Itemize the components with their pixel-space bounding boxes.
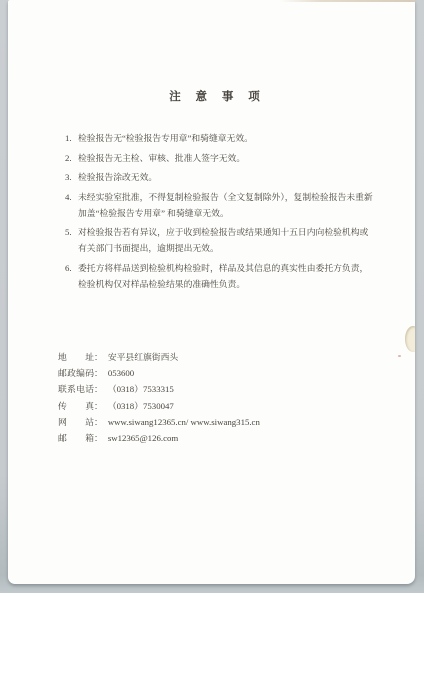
note-line: 对检验报告若有异议，应于收到检验报告或结果通知十五日内向检验机构或 <box>78 224 368 240</box>
contact-row-email: 邮箱：sw12365@126.com <box>58 430 260 446</box>
note-number: 5. <box>65 224 78 256</box>
note-number: 1. <box>65 130 78 146</box>
contact-value: （0318）7530047 <box>108 401 174 411</box>
contact-block: 地址：安平县红旗街西头 邮政编码：053600 联系电话：（0318）75333… <box>58 349 260 446</box>
note-text: 检验报告无“检验报告专用章”和骑缝章无效。 <box>78 130 253 146</box>
note-text: 对检验报告若有异议，应于收到检验报告或结果通知十五日内向检验机构或 有关部门书面… <box>78 224 368 256</box>
note-number: 4. <box>65 189 78 221</box>
contact-label: 地址 <box>58 349 94 365</box>
note-item-4: 4. 未经实验室批准，不得复制检验报告（全文复制除外），复制检验报告未重新 加盖… <box>65 189 387 221</box>
notes-list: 1. 检验报告无“检验报告专用章”和骑缝章无效。 2. 检验报告无主检、审核、批… <box>8 130 415 292</box>
note-line: 检验报告涂改无效。 <box>78 169 157 185</box>
scan-top-edge-artifact <box>280 0 415 2</box>
note-text: 检验报告无主检、审核、批准人签字无效。 <box>78 150 245 166</box>
contact-row-postcode: 邮政编码：053600 <box>58 365 260 381</box>
note-number: 6. <box>65 260 78 292</box>
contact-row-website: 网站：www.siwang12365.cn/ www.siwang315.cn <box>58 414 260 430</box>
note-line: 委托方将样品送到检验机构检验时，样品及其信息的真实性由委托方负责， <box>78 260 368 276</box>
contact-label: 传真 <box>58 398 94 414</box>
contact-row-fax: 传真：（0318）7530047 <box>58 398 260 414</box>
note-item-1: 1. 检验报告无“检验报告专用章”和骑缝章无效。 <box>65 130 387 146</box>
note-line: 有关部门书面提出，逾期提出无效。 <box>78 240 368 256</box>
note-item-5: 5. 对检验报告若有异议，应于收到检验报告或结果通知十五日内向检验机构或 有关部… <box>65 224 387 256</box>
note-number: 3. <box>65 169 78 185</box>
page-curl-artifact <box>405 326 415 352</box>
scanner-backdrop: 注 意 事 项 1. 检验报告无“检验报告专用章”和骑缝章无效。 2. 检验报告… <box>0 0 424 593</box>
note-item-6: 6. 委托方将样品送到检验机构检验时，样品及其信息的真实性由委托方负责， 检验机… <box>65 260 387 292</box>
note-line: 加盖“检验报告专用章” 和骑缝章无效。 <box>78 205 373 221</box>
contact-colon: ： <box>94 349 103 365</box>
note-item-2: 2. 检验报告无主检、审核、批准人签字无效。 <box>65 150 387 166</box>
document-page: 注 意 事 项 1. 检验报告无“检验报告专用章”和骑缝章无效。 2. 检验报告… <box>8 0 415 584</box>
contact-colon: ： <box>94 365 103 381</box>
contact-colon: ： <box>94 414 103 430</box>
contact-value: www.siwang12365.cn/ www.siwang315.cn <box>108 417 260 427</box>
contact-colon: ： <box>94 398 103 414</box>
note-line: 未经实验室批准，不得复制检验报告（全文复制除外），复制检验报告未重新 <box>78 189 373 205</box>
note-text: 委托方将样品送到检验机构检验时，样品及其信息的真实性由委托方负责， 检验机构仅对… <box>78 260 368 292</box>
contact-label: 网站 <box>58 414 94 430</box>
contact-colon: ： <box>94 381 103 397</box>
note-item-3: 3. 检验报告涂改无效。 <box>65 169 387 185</box>
note-text: 未经实验室批准，不得复制检验报告（全文复制除外），复制检验报告未重新 加盖“检验… <box>78 189 373 221</box>
note-text: 检验报告涂改无效。 <box>78 169 157 185</box>
contact-row-address: 地址：安平县红旗街西头 <box>58 349 260 365</box>
note-line: 检验报告无主检、审核、批准人签字无效。 <box>78 150 245 166</box>
note-line: 检验报告无“检验报告专用章”和骑缝章无效。 <box>78 130 253 146</box>
note-line: 检验机构仅对样品检验结果的准确性负责。 <box>78 276 368 292</box>
contact-value: 安平县红旗街西头 <box>108 352 178 362</box>
contact-label: 邮政编码 <box>58 365 94 381</box>
scan-speck-artifact <box>398 355 401 357</box>
contact-value: （0318）7533315 <box>108 384 174 394</box>
contact-value: 053600 <box>108 368 134 378</box>
page-title: 注 意 事 项 <box>8 0 415 104</box>
contact-value: sw12365@126.com <box>108 433 178 443</box>
note-number: 2. <box>65 150 78 166</box>
contact-label: 联系电话 <box>58 381 94 397</box>
contact-row-phone: 联系电话：（0318）7533315 <box>58 381 260 397</box>
contact-label: 邮箱 <box>58 430 94 446</box>
contact-colon: ： <box>94 430 103 446</box>
